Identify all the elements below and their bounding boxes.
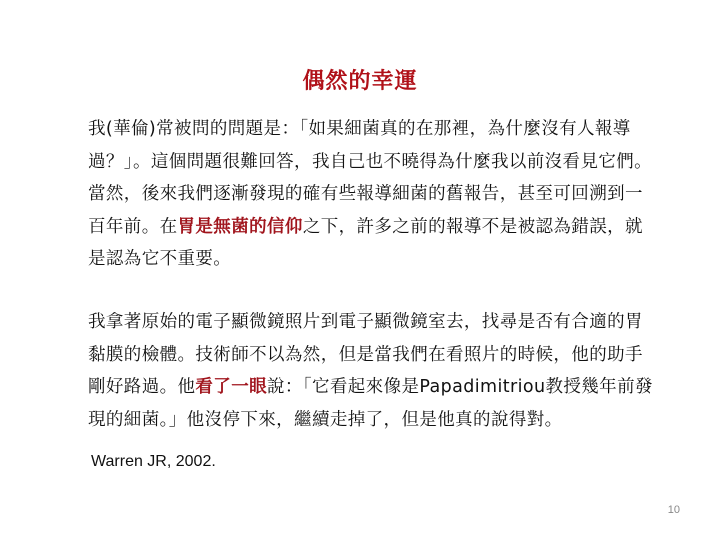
text-line: 剛好路過。他看了一眼說：「它看起來像是Papadimitriou教授幾年前發 (88, 371, 668, 404)
text-line: 百年前。在胃是無菌的信仰之下，許多之前的報導不是被認為錯誤，就 (88, 211, 668, 244)
text-segment: 過？」。這個問題很難回答，我自己也不曉得為什麼我以前沒看見它們。 (88, 152, 652, 172)
text-line: 過？」。這個問題很難回答，我自己也不曉得為什麼我以前沒看見它們。 (88, 146, 668, 179)
text-segment: 我拿著原始的電子顯微鏡照片到電子顯微鏡室去，找尋是否有合適的胃 (88, 312, 643, 332)
highlighted-phrase: 看了一眼 (195, 377, 267, 397)
citation: Warren JR, 2002. (91, 451, 216, 473)
text-segment: 百年前。在 (88, 217, 178, 237)
text-segment: 我(華倫)常被問的問題是：「如果細菌真的在那裡，為什麼沒有人報導 (88, 119, 631, 139)
text-line: 黏膜的檢體。技術師不以為然，但是當我們在看照片的時候，他的助手 (88, 339, 668, 372)
text-line: 現的細菌。」他沒停下來，繼續走掉了，但是他真的說得對。 (88, 404, 668, 437)
text-segment: 是認為它不重要。 (88, 249, 231, 269)
text-segment: 剛好路過。他 (88, 377, 195, 397)
text-segment: 黏膜的檢體。技術師不以為然，但是當我們在看照片的時候，他的助手 (88, 345, 643, 365)
text-segment: 說：「它看起來像是Papadimitriou教授幾年前發 (267, 377, 653, 397)
text-segment: 之下，許多之前的報導不是被認為錯誤，就 (303, 217, 643, 237)
text-line: 我拿著原始的電子顯微鏡照片到電子顯微鏡室去，找尋是否有合適的胃 (88, 306, 668, 339)
text-line: 我(華倫)常被問的問題是：「如果細菌真的在那裡，為什麼沒有人報導 (88, 113, 668, 146)
highlighted-phrase: 胃是無菌的信仰 (178, 217, 303, 237)
text-segment: 現的細菌。」他沒停下來，繼續走掉了，但是他真的說得對。 (88, 410, 563, 430)
text-line: 當然，後來我們逐漸發現的確有些報導細菌的舊報告，甚至可回溯到一 (88, 178, 668, 211)
text-line: 是認為它不重要。 (88, 243, 668, 276)
slide-title: 偶然的幸運 (0, 67, 720, 97)
page-number: 10 (668, 504, 680, 516)
text-segment: 當然，後來我們逐漸發現的確有些報導細菌的舊報告，甚至可回溯到一 (88, 184, 643, 204)
quote-paragraph-2: 我拿著原始的電子顯微鏡照片到電子顯微鏡室去，找尋是否有合適的胃 黏膜的檢體。技術… (88, 306, 668, 436)
quote-paragraph-1: 我(華倫)常被問的問題是：「如果細菌真的在那裡，為什麼沒有人報導 過？」。這個問… (88, 113, 668, 276)
